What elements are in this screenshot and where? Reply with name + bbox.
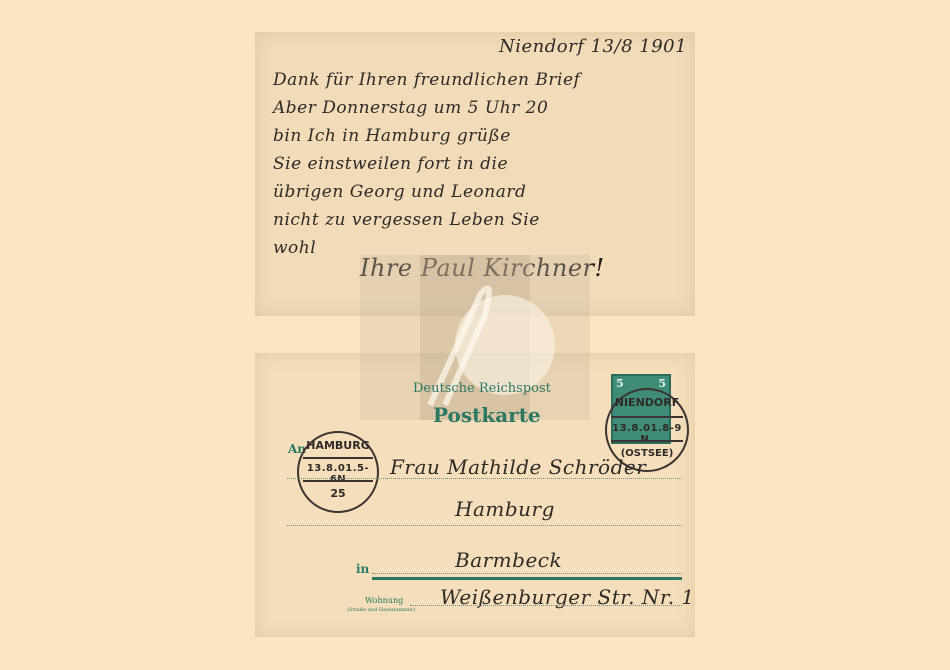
stamp-value-right: 5 <box>658 377 666 390</box>
place-date: Niendorf 13/8 1901 <box>499 36 687 57</box>
address-line-2 <box>287 525 682 526</box>
message-line: Dank für Ihren freundlichen Brief <box>273 70 580 90</box>
recipient-city: Hamburg <box>455 497 555 521</box>
message-line: übrigen Georg und Leonard <box>273 182 526 202</box>
postmark-hamburg: HAMBURG 13.8.01.5-6N 25 <box>297 431 379 513</box>
label-wohnung-sub: (Straße und Hausnummer) <box>347 607 415 613</box>
message-line: bin Ich in Hamburg grüße <box>273 126 511 146</box>
recipient-name: Frau Mathilde Schröder <box>390 455 646 479</box>
recipient-district: Barmbeck <box>455 548 562 572</box>
message-line: Sie einstweilen fort in die <box>273 154 508 174</box>
postcard-message-side: Niendorf 13/8 1901 Dank für Ihren freund… <box>255 32 695 316</box>
stamp-value-left: 5 <box>616 377 624 390</box>
label-in: in <box>356 562 369 576</box>
title-postkarte: Postkarte <box>433 403 541 427</box>
address-line-3 <box>372 573 682 574</box>
label-wohnung: Wohnung <box>365 596 403 605</box>
message-line: nicht zu vergessen Leben Sie <box>273 210 540 230</box>
address-line-4 <box>410 605 682 606</box>
header-deutsche-reichspost: Deutsche Reichspost <box>413 381 551 396</box>
address-line-1 <box>287 478 682 479</box>
address-separator <box>372 577 682 580</box>
message-line: wohl <box>273 238 316 258</box>
message-line: Aber Donnerstag um 5 Uhr 20 <box>273 98 548 118</box>
signature: Ihre Paul Kirchner! <box>360 254 605 282</box>
